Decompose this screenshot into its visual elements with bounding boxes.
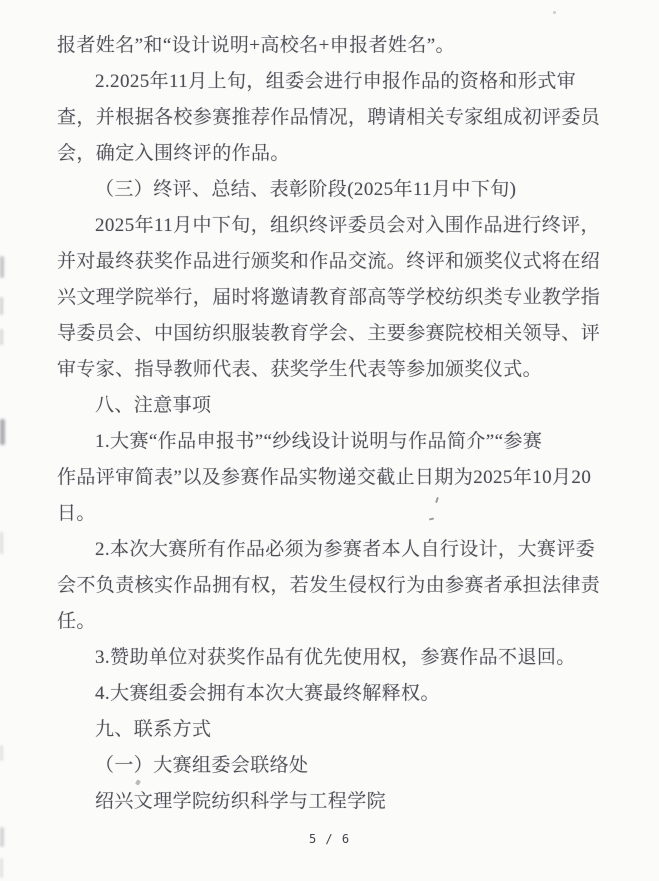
document-line: 查，并根据各校参赛推荐作品情况，聘请相关专家组成初评委员 xyxy=(57,100,605,136)
document-line: 会不负责核实作品拥有权，若发生侵权行为由参赛者承担法律责 xyxy=(57,568,605,604)
document-line: 日。 xyxy=(57,496,605,532)
scan-artifact-smudge xyxy=(0,827,4,847)
document-line: 3.赞助单位对获奖作品有优先使用权，参赛作品不退回。 xyxy=(57,640,605,676)
scan-artifact-smudge xyxy=(0,532,3,554)
document-line: 导委员会、中国纺织服装教育学会、主要参赛院校相关领导、评 xyxy=(57,316,605,352)
document-line: 作品评审简表”以及参赛作品实物递交截止日期为2025年10月20 xyxy=(57,460,605,496)
document-line: 绍兴文理学院纺织科学与工程学院 xyxy=(57,784,605,820)
document-line: 任。 xyxy=(57,604,605,640)
document-line: 九、联系方式 xyxy=(57,712,605,748)
document-line: 八、注意事项 xyxy=(57,388,605,424)
page-footer: 5 / 6 xyxy=(0,830,659,848)
document-line: 并对最终获奖作品进行颁奖和作品交流。终评和颁奖仪式将在绍 xyxy=(57,244,605,280)
scan-artifact-smudge xyxy=(0,745,3,761)
scan-artifact-smudge xyxy=(0,256,4,278)
document-line: 兴文理学院举行，届时将邀请教育部高等学校纺织类专业教学指 xyxy=(57,280,605,316)
scan-artifact-smudge xyxy=(0,419,5,445)
document-line: 报者姓名”和“设计说明+高校名+申报者姓名”。 xyxy=(57,28,605,64)
document-line: 2.本次大赛所有作品必须为参赛者本人自行设计，大赛评委 xyxy=(57,532,605,568)
document-line: （三）终评、总结、表彰阶段(2025年11月中下旬) xyxy=(57,172,605,208)
document-line: 1.大赛“作品申报书”“纱线设计说明与作品简介”“参赛 xyxy=(57,424,605,460)
document-line: 2025年11月中下旬，组织终评委员会对入围作品进行终评， xyxy=(57,208,605,244)
scan-artifact-smudge xyxy=(0,297,3,315)
document-line: （一）大赛组委会联络处 xyxy=(57,748,605,784)
document-line: 会，确定入围终评的作品。 xyxy=(57,136,605,172)
scan-artifact-smudge xyxy=(0,329,3,345)
scan-artifact-smudge xyxy=(0,858,3,878)
document-line: 2.2025年11月上旬，组委会进行申报作品的资格和形式审 xyxy=(57,64,605,100)
document-line: 4.大赛组委会拥有本次大赛最终解释权。 xyxy=(57,676,605,712)
scan-artifact-speck xyxy=(553,11,556,14)
document-body: 报者姓名”和“设计说明+高校名+申报者姓名”。2.2025年11月上旬，组委会进… xyxy=(57,28,605,820)
document-line: 审专家、指导教师代表、获奖学生代表等参加颁奖仪式。 xyxy=(57,352,605,388)
document-page: 报者姓名”和“设计说明+高校名+申报者姓名”。2.2025年11月上旬，组委会进… xyxy=(0,0,659,881)
page-number: 5 / 6 xyxy=(309,832,350,846)
